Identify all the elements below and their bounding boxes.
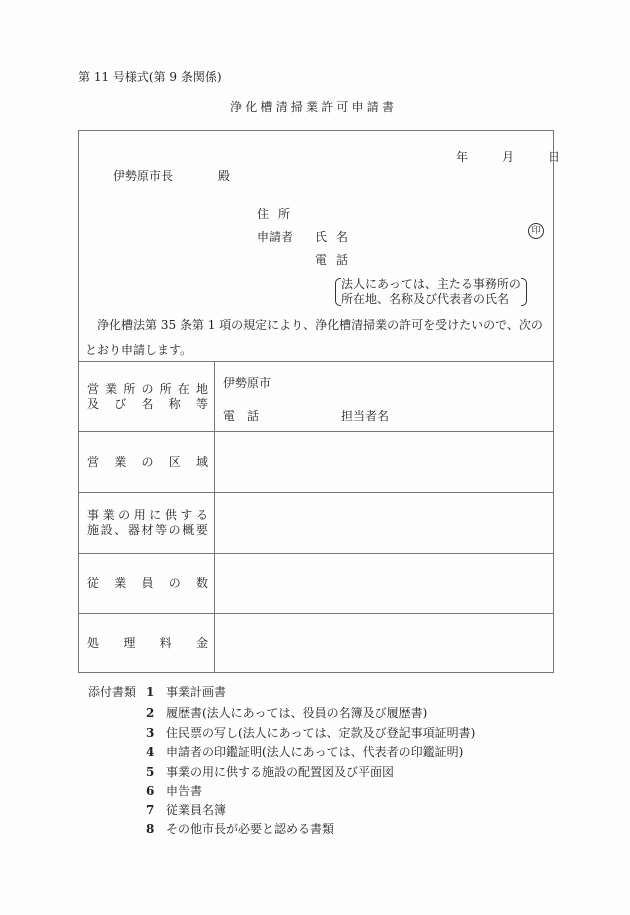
contact-person-label[interactable]: 担当者名 xyxy=(341,407,389,424)
form-number: 第 11 号様式(第 9 条関係) xyxy=(78,68,222,85)
month-label: 月 xyxy=(502,148,514,165)
year-label: 年 xyxy=(456,148,468,165)
office-location-label: 営業所の所在地 及び名称等 xyxy=(79,362,215,431)
applicant-address-label: 住所 xyxy=(257,205,299,222)
attachment-item: 2履歴書(法人にあっては、役員の名簿及び履歴書) xyxy=(146,704,427,721)
addressee: 伊勢原市長殿 xyxy=(113,167,230,184)
corporate-note-line2: 所在地、名称及び代表者の氏名 xyxy=(341,292,521,307)
document-title: 浄化槽清掃業許可申請書 xyxy=(230,98,397,115)
business-area-value[interactable] xyxy=(223,432,553,492)
processing-fee-label: 処理料金 xyxy=(79,614,215,672)
office-city-value[interactable]: 伊勢原市 xyxy=(223,374,271,391)
attachment-item: 7従業員名簿 xyxy=(146,801,226,818)
attachment-item: 8その他市長が必要と認める書類 xyxy=(146,820,334,837)
table-row-fees: 処理料金 xyxy=(79,613,553,672)
table-row-facilities: 事業の用に供する 施設、器材等の概要 xyxy=(79,492,553,553)
attachment-item: 4申請者の印鑑証明(法人にあっては、代表者の印鑑証明) xyxy=(146,743,463,760)
office-phone-label[interactable]: 電 話 xyxy=(223,407,259,424)
applicant-phone-label: 電話 xyxy=(315,251,357,268)
employee-count-label: 従業員の数 xyxy=(79,554,215,613)
label-line1: 営業所の所在地 xyxy=(87,382,208,397)
application-form-frame: 年月日 伊勢原市長殿 住所 申請者 氏名 電話 印 法人にあっては、主たる事務所… xyxy=(78,130,554,673)
processing-fee-value[interactable] xyxy=(223,614,553,672)
label-line2: 及び名称等 xyxy=(87,397,208,412)
applicant-label: 申請者 xyxy=(257,228,293,245)
facilities-label: 事業の用に供する 施設、器材等の概要 xyxy=(79,493,215,553)
attachment-item: 1事業計画書 xyxy=(146,683,226,700)
table-row-office: 営業所の所在地 及び名称等 伊勢原市 電 話 担当者名 xyxy=(79,361,553,431)
table-row-employees: 従業員の数 xyxy=(79,553,553,613)
date-line: 年月日 xyxy=(456,148,560,165)
employee-count-value[interactable] xyxy=(223,554,553,613)
attachment-item: 3住民票の写し(法人にあっては、定款及び登記事項証明書) xyxy=(146,724,475,741)
addressee-honorific: 殿 xyxy=(218,169,230,183)
table-row-business-area: 営業の区域 xyxy=(79,431,553,492)
corporate-note-line1: 法人にあっては、主たる事務所の xyxy=(341,277,521,292)
attachments-label: 添付書類 xyxy=(88,683,136,700)
corporate-note: 法人にあっては、主たる事務所の 所在地、名称及び代表者の氏名 xyxy=(335,277,527,307)
facilities-value[interactable] xyxy=(223,493,553,553)
attachment-item: 5事業の用に供する施設の配置図及び平面図 xyxy=(146,763,394,780)
applicant-name-label: 氏名 xyxy=(315,228,357,245)
business-area-label: 営業の区域 xyxy=(79,432,215,492)
day-label: 日 xyxy=(548,148,560,165)
addressee-name: 伊勢原市長 xyxy=(113,169,173,183)
application-statement: 浄化槽法第 35 条第 1 項の規定により、浄化槽清掃業の許可を受けたいので、次… xyxy=(85,313,547,363)
seal-icon: 印 xyxy=(528,223,544,239)
attachment-item: 6申告書 xyxy=(146,782,202,799)
